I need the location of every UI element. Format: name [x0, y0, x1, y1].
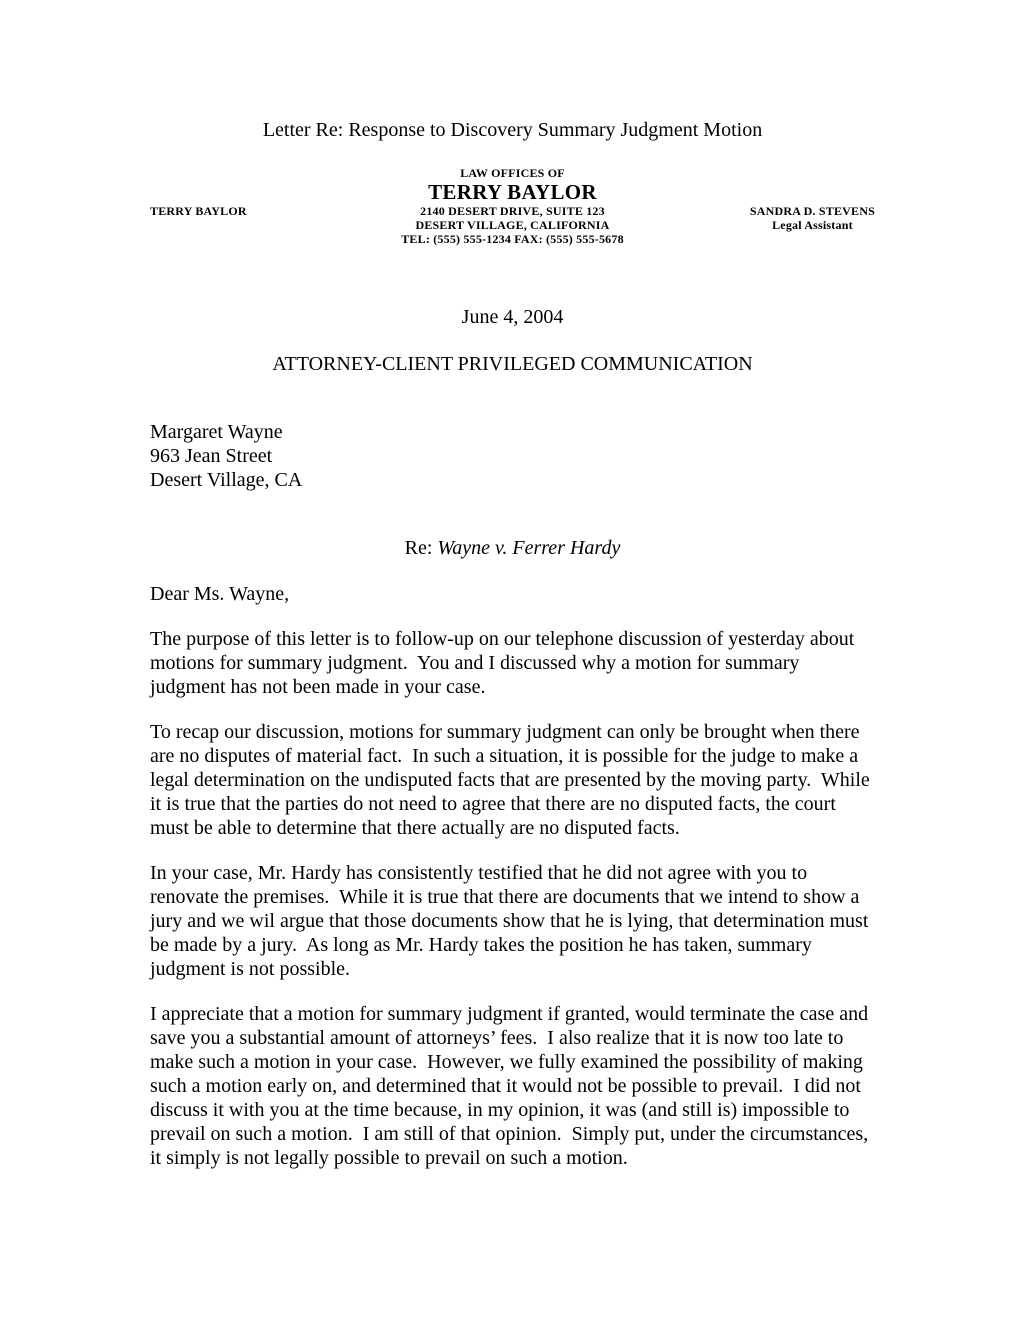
body-paragraph-3: In your case, Mr. Hardy has consistently…	[150, 861, 875, 981]
body-paragraph-1: The purpose of this letter is to follow-…	[150, 627, 875, 699]
privilege-notice: ATTORNEY-CLIENT PRIVILEGED COMMUNICATION	[150, 352, 875, 376]
recipient-street: 963 Jean Street	[150, 444, 875, 468]
letterhead-phone-fax-line: TEL: (555) 555-1234 FAX: (555) 555-5678	[150, 232, 875, 246]
re-prefix: Re:	[405, 537, 438, 559]
assistant-title: Legal Assistant	[750, 218, 875, 232]
letterhead: TERRY BAYLOR LAW OFFICES OF TERRY BAYLOR…	[150, 166, 875, 246]
date-line: June 4, 2004	[150, 305, 875, 329]
letter-page: Letter Re: Response to Discovery Summary…	[0, 0, 1020, 1320]
firm-name: TERRY BAYLOR	[150, 180, 875, 204]
recipient-name: Margaret Wayne	[150, 420, 875, 444]
body-paragraph-4: I appreciate that a motion for summary j…	[150, 1002, 875, 1170]
body-paragraph-2: To recap our discussion, motions for sum…	[150, 720, 875, 840]
assistant-name: SANDRA D. STEVENS	[750, 204, 875, 218]
letterhead-assistant-block: SANDRA D. STEVENS Legal Assistant	[750, 204, 875, 232]
case-name: Wayne v. Ferrer Hardy	[437, 537, 620, 559]
letter-content: Letter Re: Response to Discovery Summary…	[0, 0, 1020, 1170]
salutation: Dear Ms. Wayne,	[150, 582, 875, 606]
letterhead-attorney-name: TERRY BAYLOR	[150, 204, 247, 218]
recipient-address-block: Margaret Wayne 963 Jean Street Desert Vi…	[150, 420, 875, 492]
law-offices-label: LAW OFFICES OF	[150, 166, 875, 180]
recipient-city: Desert Village, CA	[150, 468, 875, 492]
document-title: Letter Re: Response to Discovery Summary…	[150, 116, 875, 144]
re-line: Re: Wayne v. Ferrer Hardy	[150, 536, 875, 560]
